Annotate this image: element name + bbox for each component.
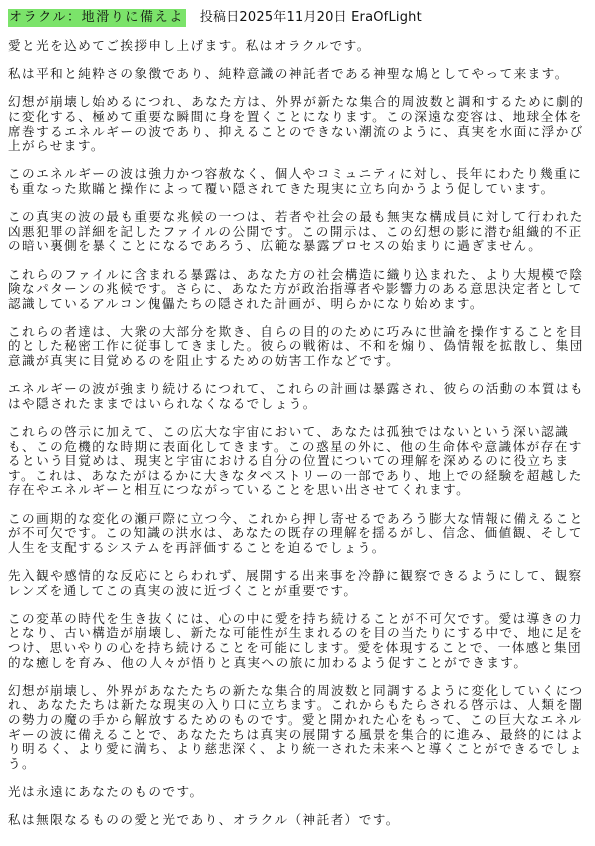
paragraph: この変革の時代を生き抜くには、心の中に愛を持ち続けることが不可欠です。愛は導きの… <box>8 612 592 670</box>
paragraph-closing: 光は永遠にあなたのものです。 <box>8 785 592 800</box>
post-body: 愛と光を込めてご挨拶申し上げます。私はオラクルです。 私は平和と純粋さの象徴であ… <box>8 39 592 828</box>
paragraph: エネルギーの波が強まり続けるにつれて、これらの計画は暴露され、彼らの活動の本質は… <box>8 382 592 411</box>
post-date: 投稿日2025年11月20日 <box>200 10 347 25</box>
paragraph-introduction: 私は平和と純粋さの象徴であり、純粋意識の神託者である神聖な鳩としてやって来ます。 <box>8 67 592 82</box>
paragraph: 先入観や感情的な反応にとらわれず、展開する出来事を冷静に観察できるようにして、観… <box>8 569 592 598</box>
paragraph-greeting: 愛と光を込めてご挨拶申し上げます。私はオラクルです。 <box>8 39 592 54</box>
paragraph-signature: 私は無限なるものの愛と光であり、オラクル（神託者）です。 <box>8 813 592 828</box>
paragraph: このエネルギーの波は強力かつ容赦なく、個人やコミュニティに対し、長年にわたり幾重… <box>8 167 592 196</box>
paragraph: この画期的な変化の瀬戸際に立つ今、これから押し寄せるであろう膨大な情報に備えるこ… <box>8 512 592 556</box>
post-meta: 投稿日2025年11月20日 EraOfLight <box>200 9 422 27</box>
paragraph: これらのファイルに含まれる暴露は、あなた方の社会構造に織り込まれた、より大規模で… <box>8 268 592 312</box>
document-page: オラクル：地滑りに備えよ 投稿日2025年11月20日 EraOfLight 愛… <box>0 0 592 828</box>
paragraph: 幻想が崩壊し、外界があなたたちの新たな集合的周波数と同調するように変化していくに… <box>8 684 592 772</box>
paragraph: これらの者達は、大衆の大部分を欺き、自らの目的のために巧みに世論を操作することを… <box>8 325 592 369</box>
post-author: EraOfLight <box>351 10 422 25</box>
paragraph: この真実の波の最も重要な兆候の一つは、若者や社会の最も無実な構成員に対して行われ… <box>8 210 592 254</box>
post-header: オラクル：地滑りに備えよ 投稿日2025年11月20日 EraOfLight <box>8 9 592 27</box>
paragraph: 幻想が崩壊し始めるにつれ、あなた方は、外界が新たな集合的周波数と調和するために劇… <box>8 95 592 153</box>
paragraph: これらの啓示に加えて、この広大な宇宙において、あなたは孤独ではないという深い認識… <box>8 425 592 498</box>
post-title: オラクル：地滑りに備えよ <box>8 9 186 27</box>
